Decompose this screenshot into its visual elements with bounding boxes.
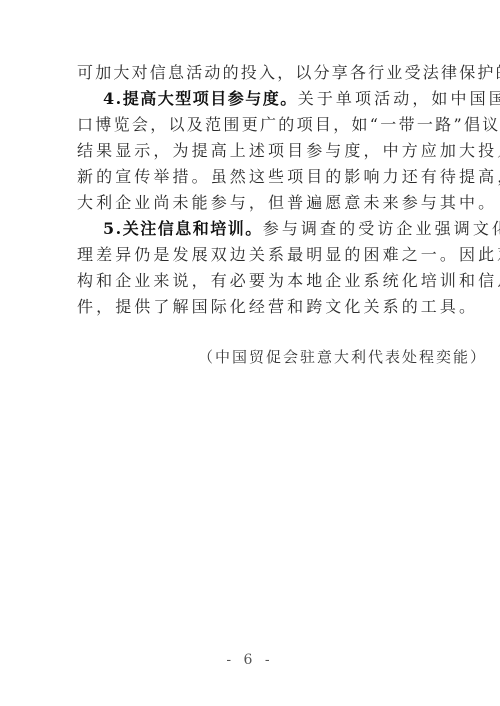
- section-5-text: 参与调查的受访企业强调文化和管: [263, 219, 500, 238]
- section-5-line: 件，提供了解国际化经营和跨文化关系的工具。: [77, 294, 427, 320]
- paragraph-continuation-line: 可加大对信息活动的投入，以分享各行业受法律保护的资讯。: [77, 60, 427, 86]
- section-4-first-line: 4.提高大型项目参与度。关于单项活动，如中国国际进: [103, 86, 453, 112]
- page-number: - 6 -: [0, 652, 500, 668]
- section-5-first-line: 5.关注信息和培训。参与调查的受访企业强调文化和管: [103, 216, 453, 242]
- author-attribution: （中国贸促会驻意大利代表处程奕能）: [198, 344, 487, 370]
- section-5-line: 理差异仍是发展双边关系最明显的困难之一。因此对中国机: [77, 242, 427, 268]
- section-4-line: 结果显示，为提高上述项目参与度，中方应加大投入，推出: [77, 138, 427, 164]
- document-page: 可加大对信息活动的投入，以分享各行业受法律保护的资讯。 4.提高大型项目参与度。…: [0, 0, 500, 706]
- section-4-line: 大利企业尚未能参与，但普遍愿意未来参与其中。: [77, 190, 427, 216]
- section-4-text: 关于单项活动，如中国国际进: [298, 89, 500, 108]
- section-4-heading: 4.提高大型项目参与度。: [103, 89, 298, 108]
- section-5-heading: 5.关注信息和培训。: [103, 219, 263, 238]
- section-4-line: 新的宣传举措。虽然这些项目的影响力还有待提高，许多意: [77, 164, 427, 190]
- section-5-line: 构和企业来说，有必要为本地企业系统化培训和信息创造条: [77, 268, 427, 294]
- section-4-line: 口博览会，以及范围更广的项目，如“一带一路”倡议，调查: [77, 112, 427, 138]
